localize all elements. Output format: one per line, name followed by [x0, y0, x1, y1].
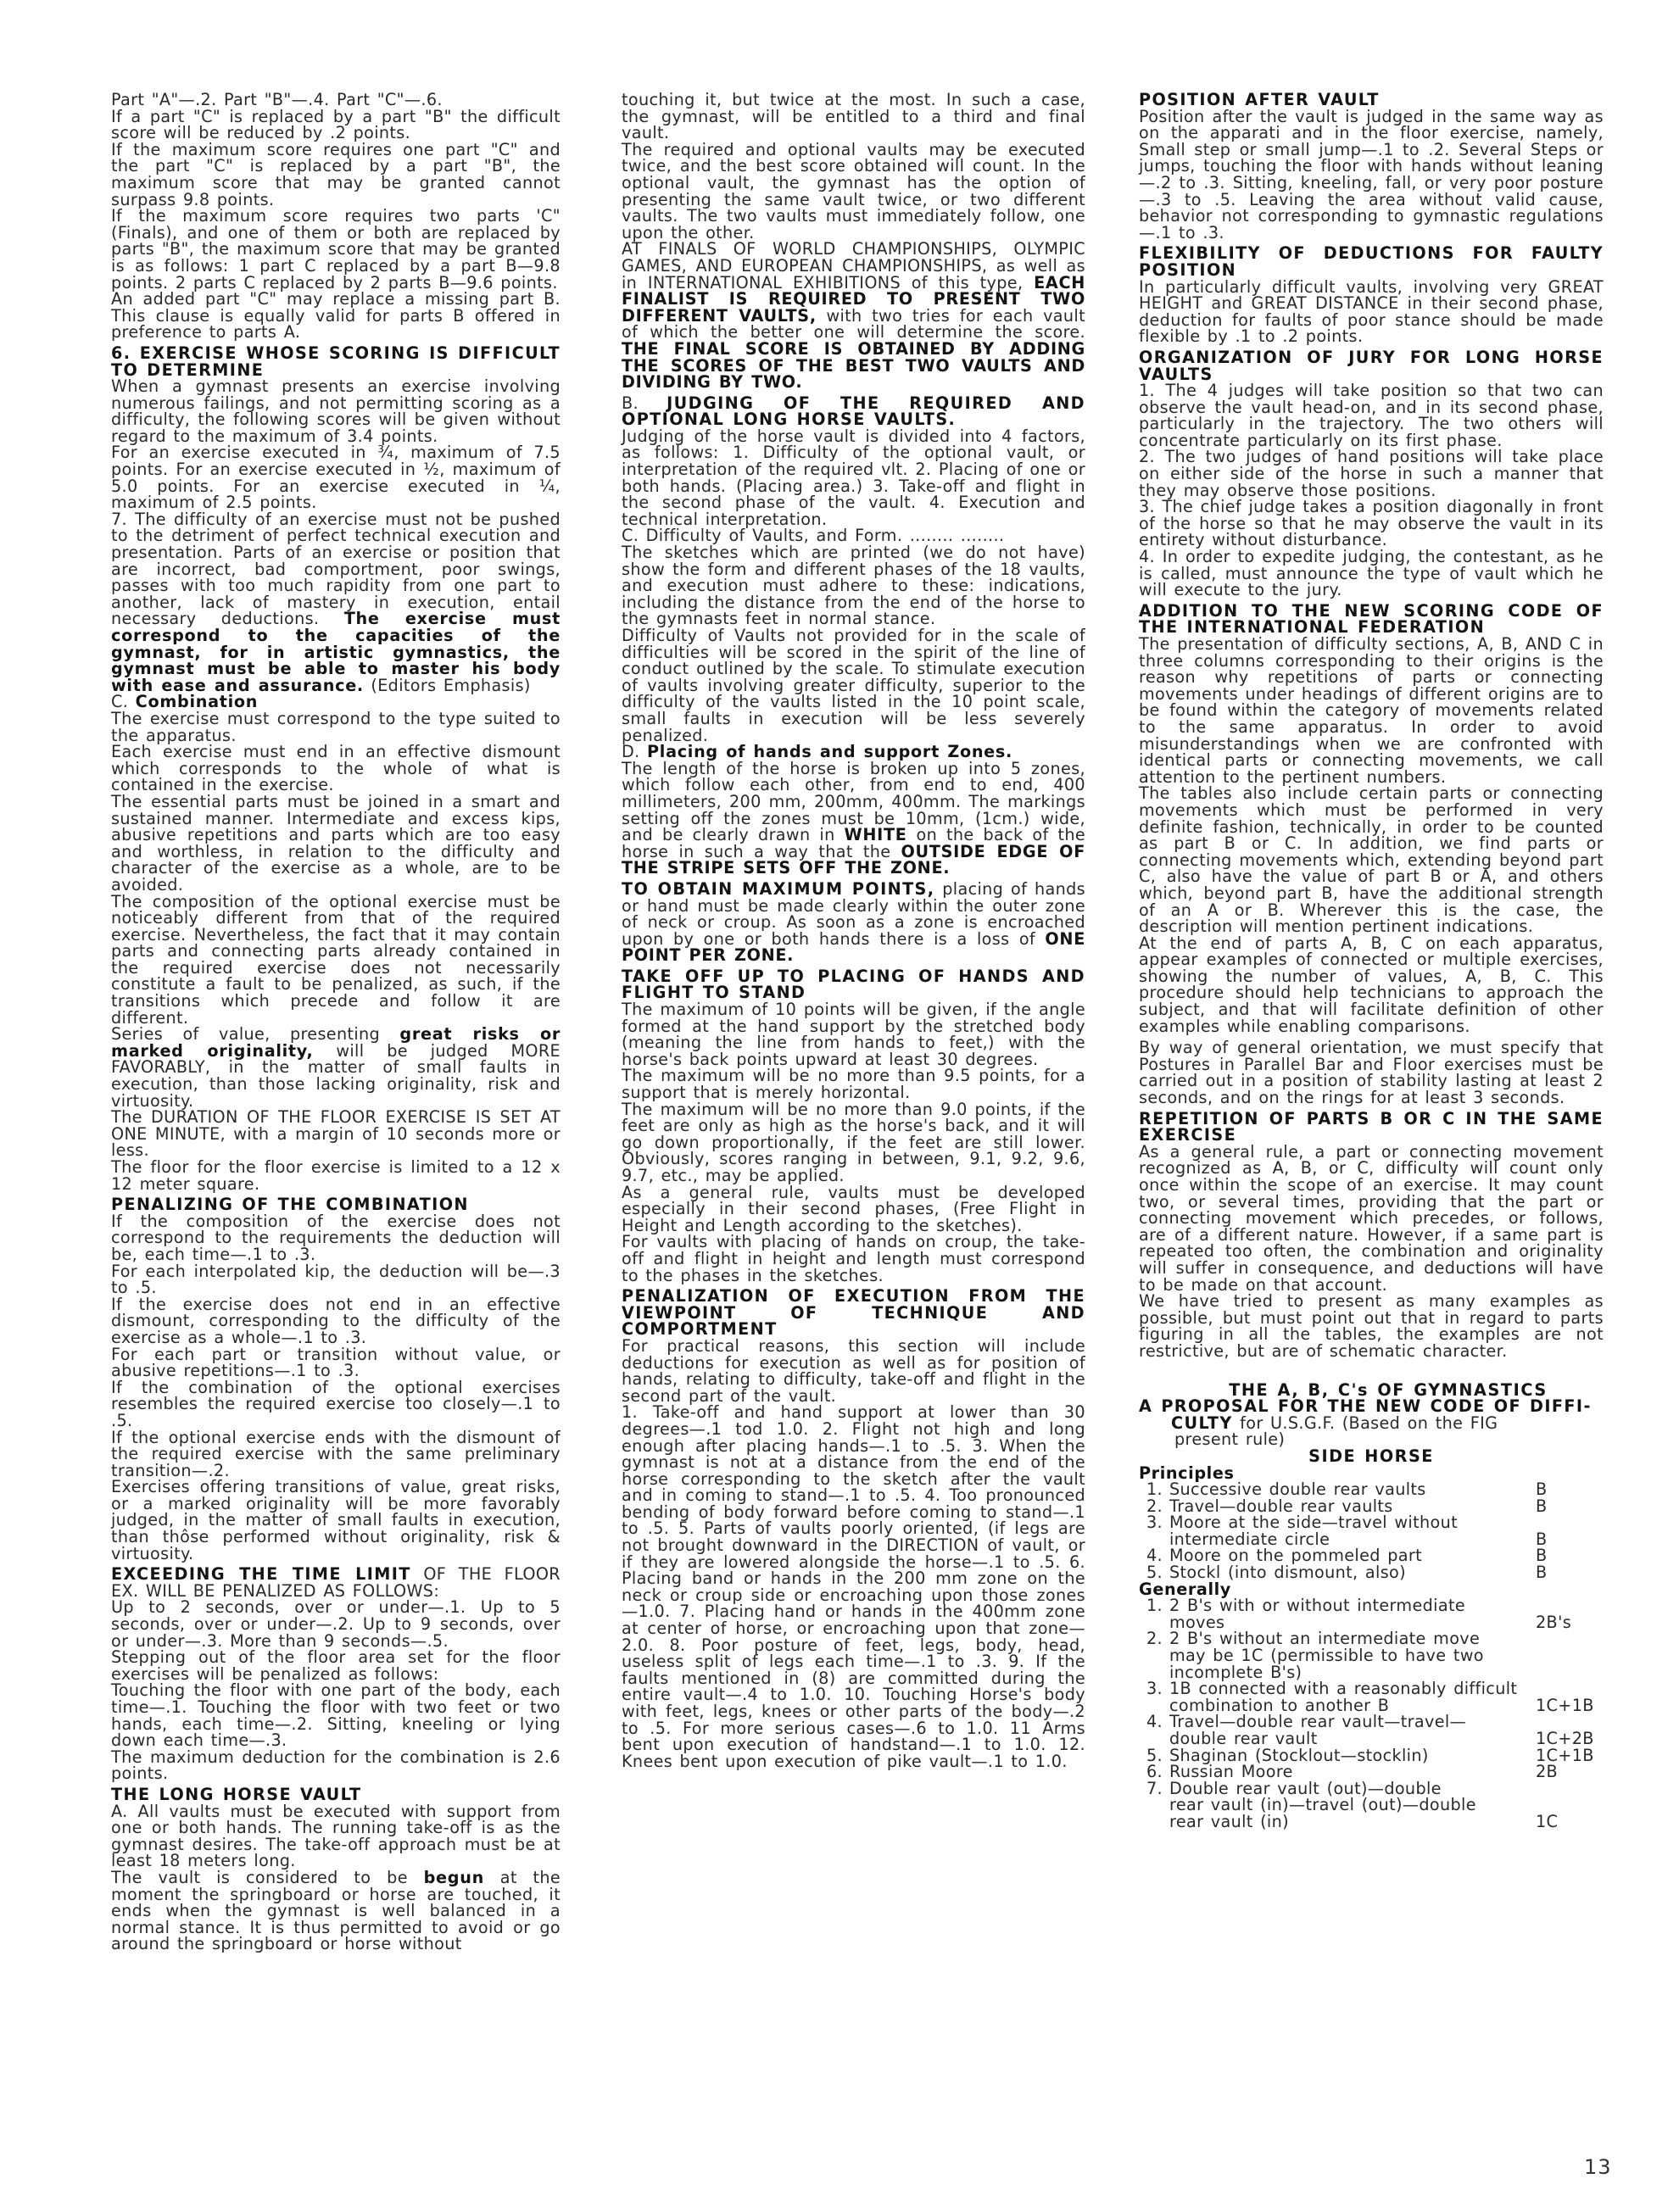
- paragraph: If the optional exercise ends with the d…: [111, 1429, 561, 1479]
- page-number: 13: [1584, 2155, 1612, 2179]
- paragraph: The presentation of difficulty sections,…: [1139, 636, 1604, 785]
- paragraph: The floor for the floor exercise is limi…: [111, 1159, 561, 1192]
- paragraph: 4. In order to expedite judging, the con…: [1139, 549, 1604, 599]
- list-item: 4. Travel—double rear vault—travel— doub…: [1139, 1713, 1604, 1747]
- paragraph: 1. Take-off and hand support at lower th…: [622, 1404, 1085, 1769]
- list-item: 1. Successive double rear vaults B: [1139, 1481, 1604, 1498]
- section-heading: TAKE OFF UP TO PLACING OF HANDS AND FLIG…: [622, 968, 1085, 1001]
- section-heading: 6. EXERCISE WHOSE SCORING IS DIFFICULT T…: [111, 345, 561, 378]
- list-item: 6. Russian Moore 2B: [1139, 1763, 1604, 1780]
- item-text: 2 B's without an intermediate move may b…: [1169, 1630, 1536, 1680]
- paragraph: The composition of the optional exercise…: [111, 894, 561, 1027]
- paragraph: At the end of parts A, B, C on each appa…: [1139, 935, 1604, 1035]
- paragraph: The tables also include certain parts or…: [1139, 785, 1604, 934]
- principles-list: 1. Successive double rear vaults B 2. Tr…: [1139, 1481, 1604, 1581]
- paragraph: For each part or transition without valu…: [111, 1346, 561, 1379]
- paragraph: For each interpolated kip, the deduction…: [111, 1263, 561, 1296]
- paragraph: For practical reasons, this section will…: [622, 1338, 1085, 1404]
- item-number: 6.: [1139, 1763, 1169, 1780]
- section-heading: PENALIZING OF THE COMBINATION: [111, 1196, 561, 1213]
- paragraph: As a general rule, a part or connecting …: [1139, 1144, 1604, 1293]
- section-heading: POSITION AFTER VAULT: [1139, 92, 1604, 109]
- item-value: B: [1536, 1498, 1604, 1515]
- item-line: double rear vault: [1169, 1730, 1536, 1747]
- item-text: Moore at the side—travel without interme…: [1169, 1514, 1536, 1547]
- item-number: 1.: [1139, 1597, 1169, 1630]
- paragraph: In particularly difficult vaults, involv…: [1139, 279, 1604, 345]
- magazine-page: Part "A"—.2. Part "B"—.4. Part "C"—.6. I…: [0, 0, 1679, 2212]
- paragraph: If a part "C" is replaced by a part "B" …: [111, 109, 561, 142]
- paragraph: Stepping out of the floor area set for t…: [111, 1649, 561, 1682]
- list-item: 3. 1B connected with a reasonably diffic…: [1139, 1680, 1604, 1713]
- paragraph: If the exercise does not end in an effec…: [111, 1296, 561, 1346]
- generally-list: 1. 2 B's with or without intermediate mo…: [1139, 1597, 1604, 1830]
- paragraph: As a general rule, vaults must be develo…: [622, 1184, 1085, 1234]
- paragraph: A. All vaults must be executed with supp…: [111, 1803, 561, 1869]
- paragraph: The maximum will be no more than 9.5 poi…: [622, 1067, 1085, 1100]
- list-item: 5. Stockl (into dismount, also) B: [1139, 1564, 1604, 1581]
- paragraph: If the combination of the optional exerc…: [111, 1379, 561, 1429]
- paragraph: The essential parts must be joined in a …: [111, 794, 561, 894]
- paragraph: For vaults with placing of hands on crou…: [622, 1234, 1085, 1284]
- apparatus-heading: SIDE HORSE: [1139, 1448, 1604, 1465]
- paragraph: When a gymnast presents an exercise invo…: [111, 378, 561, 444]
- paragraph: We have tried to present as many example…: [1139, 1293, 1604, 1359]
- paragraph: 3. The chief judge takes a position diag…: [1139, 499, 1604, 549]
- paragraph: An added part "C" may replace a missing …: [111, 291, 561, 341]
- item-value: 1C: [1536, 1814, 1604, 1830]
- item-text: 2 B's with or without intermediate moves: [1169, 1597, 1524, 1630]
- paragraph: If the composition of the exercise does …: [111, 1213, 561, 1263]
- emphasis: THE FINAL SCORE IS OBTAINED BY ADDING TH…: [622, 339, 1085, 392]
- list-item: 3. Moore at the side—travel without inte…: [1139, 1514, 1604, 1547]
- item-text: 1B connected with a reasonably difficult…: [1169, 1680, 1536, 1713]
- list-item: 7. Double rear vault (out)—double rear v…: [1139, 1780, 1604, 1830]
- paragraph: Judging of the horse vault is divided in…: [622, 428, 1085, 528]
- section-heading: EXCEEDING THE TIME LIMIT OF THE FLOOR EX…: [111, 1566, 561, 1599]
- paragraph: Each exercise must end in an effective d…: [111, 744, 561, 794]
- paragraph: The DURATION OF THE FLOOR EXERCISE IS SE…: [111, 1109, 561, 1159]
- paragraph: The required and optional vaults may be …: [622, 142, 1085, 242]
- paragraph: The maximum deduction for the combinatio…: [111, 1749, 561, 1782]
- item-number: 4.: [1139, 1713, 1169, 1747]
- paragraph: Up to 2 seconds, over or under—.1. Up to…: [111, 1599, 561, 1649]
- paragraph: If the maximum score requires two parts …: [111, 208, 561, 291]
- item-text: Successive double rear vaults: [1169, 1481, 1536, 1498]
- emphasis: JUDGING OF THE REQUIRED AND OPTIONAL LON…: [622, 393, 1085, 430]
- paragraph: Difficulty of Vaults not provided for in…: [622, 627, 1085, 744]
- paragraph: 2. The two judges of hand positions will…: [1139, 449, 1604, 499]
- item-number: 5.: [1139, 1564, 1169, 1581]
- paragraph: AT FINALS OF WORLD CHAMPIONSHIPS, OLYMPI…: [622, 241, 1085, 390]
- item-line: 1B connected with a reasonably difficult: [1169, 1680, 1536, 1697]
- paragraph: The length of the horse is broken up int…: [622, 761, 1085, 877]
- item-value: 2B's: [1524, 1614, 1604, 1631]
- item-value: [1536, 1630, 1604, 1680]
- section-heading: PENALIZATION OF EXECUTION FROM THE VIEWP…: [622, 1288, 1085, 1338]
- article-title-block: THE A, B, C's OF GYMNASTICS A PROPOSAL F…: [1139, 1382, 1604, 1465]
- section-heading: FLEXIBILITY OF DEDUCTIONS FOR FAULTY POS…: [1139, 245, 1604, 278]
- paragraph: The maximum of 10 points will be given, …: [622, 1001, 1085, 1067]
- list-item: 1. 2 B's with or without intermediate mo…: [1139, 1597, 1604, 1630]
- item-number: 3.: [1139, 1680, 1169, 1713]
- text: (Editors Emphasis): [364, 676, 531, 695]
- column-1: Part "A"—.2. Part "B"—.4. Part "C"—.6. I…: [111, 92, 561, 1953]
- item-text: Stockl (into dismount, also): [1169, 1564, 1536, 1581]
- paragraph: The sketches which are printed (we do no…: [622, 544, 1085, 627]
- item-value: 1C+1B: [1536, 1697, 1604, 1714]
- item-text: Russian Moore: [1169, 1763, 1536, 1780]
- item-line: 2 B's with or without intermediate: [1169, 1597, 1524, 1614]
- item-number: 2.: [1139, 1630, 1169, 1680]
- section-heading: THE LONG HORSE VAULT: [111, 1786, 561, 1803]
- item-value: 1C+2B: [1536, 1730, 1604, 1747]
- item-value: 2B: [1536, 1763, 1604, 1780]
- paragraph: The maximum will be no more than 9.0 poi…: [622, 1101, 1085, 1184]
- item-line: may be 1C (permissible to have two: [1169, 1647, 1536, 1664]
- item-number: 3.: [1139, 1514, 1169, 1547]
- item-number: 1.: [1139, 1481, 1169, 1498]
- paragraph: The vault is considered to be begun at t…: [111, 1869, 561, 1953]
- item-number: 7.: [1139, 1780, 1169, 1830]
- item-value: B: [1536, 1481, 1604, 1498]
- paragraph: Exercises offering transitions of value,…: [111, 1479, 561, 1562]
- paragraph: TO OBTAIN MAXIMUM POINTS, placing of han…: [622, 881, 1085, 964]
- paragraph: Position after the vault is judged in th…: [1139, 109, 1604, 242]
- paragraph: The exercise must correspond to the type…: [111, 710, 561, 744]
- text: AT FINALS OF WORLD CHAMPIONSHIPS, OLYMPI…: [622, 239, 1085, 292]
- paragraph: 1. The 4 judges will take position so th…: [1139, 382, 1604, 449]
- item-line: rear vault (in): [1169, 1814, 1536, 1830]
- section-heading: REPETITION OF PARTS B OR C IN THE SAME E…: [1139, 1111, 1604, 1144]
- paragraph: By way of general orientation, we must s…: [1139, 1039, 1604, 1106]
- paragraph: Part "A"—.2. Part "B"—.4. Part "C"—.6.: [111, 92, 561, 109]
- item-value: B: [1536, 1564, 1604, 1581]
- column-3: POSITION AFTER VAULT Position after the …: [1139, 92, 1604, 1830]
- article-subtitle-cont: present rule): [1139, 1431, 1604, 1448]
- paragraph: 7. The difficulty of an exercise must no…: [111, 511, 561, 694]
- item-text: Double rear vault (out)—double rear vaul…: [1169, 1780, 1536, 1830]
- column-2: touching it, but twice at the most. In s…: [622, 92, 1085, 1769]
- paragraph: touching it, but twice at the most. In s…: [622, 92, 1085, 142]
- paragraph: If the maximum score requires one part "…: [111, 142, 561, 208]
- paragraph: Touching the floor with one part of the …: [111, 1682, 561, 1748]
- paragraph: For an exercise executed in ¾, maximum o…: [111, 444, 561, 510]
- paragraph: Series of value, presenting great risks …: [111, 1026, 561, 1109]
- item-text: Travel—double rear vault—travel— double …: [1169, 1713, 1536, 1747]
- section-heading: ORGANIZATION OF JURY FOR LONG HORSE VAUL…: [1139, 349, 1604, 382]
- section-heading: ADDITION TO THE NEW SCORING CODE OF THE …: [1139, 603, 1604, 636]
- section-heading: B. JUDGING OF THE REQUIRED AND OPTIONAL …: [622, 395, 1085, 428]
- list-item: 2. 2 B's without an intermediate move ma…: [1139, 1630, 1604, 1680]
